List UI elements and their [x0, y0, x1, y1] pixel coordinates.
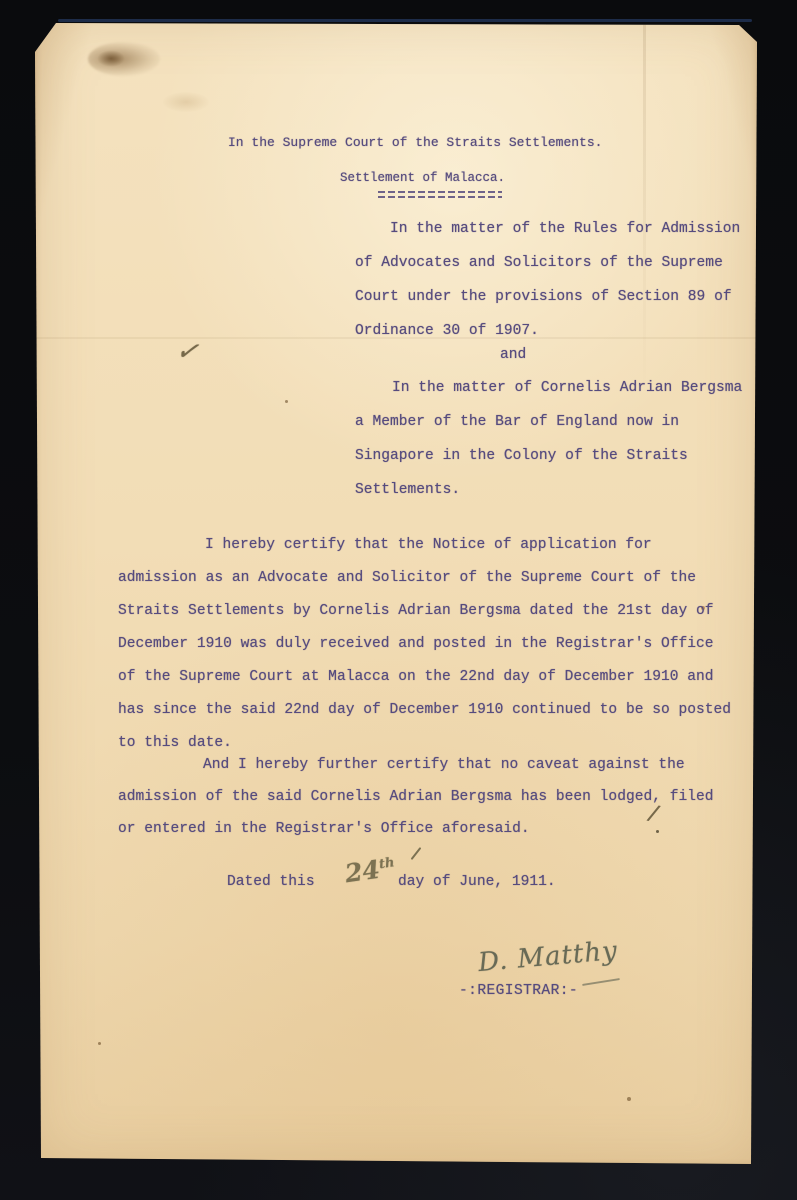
dated-suffix: day of June, 1911. [398, 875, 556, 890]
pen-tick-mark [411, 847, 422, 860]
matter1-line: Ordinance 30 of 1907. [355, 324, 539, 339]
matter2-line: Singapore in the Colony of the Straits [355, 449, 688, 464]
certify1-line: I hereby certify that the Notice of appl… [205, 538, 652, 553]
pen-dot-mark [656, 830, 659, 833]
certify1-line: December 1910 was duly received and post… [118, 637, 714, 652]
ink-stain-core [97, 50, 125, 67]
scanned-document-background: In the Supreme Court of the Straits Sett… [0, 0, 797, 1200]
faint-stain [163, 92, 209, 112]
matter1-line: In the matter of the Rules for Admission [390, 222, 740, 237]
handwritten-day: 24th [343, 853, 397, 889]
matter1-line: of Advocates and Solicitors of the Supre… [355, 256, 723, 271]
paper-top-edge-shadow [58, 19, 752, 22]
day-number: 24 [343, 855, 381, 889]
certify1-line: of the Supreme Court at Malacca on the 2… [118, 670, 714, 685]
matter2-line: In the matter of Cornelis Adrian Bergsma [392, 381, 742, 396]
certify2-line: admission of the said Cornelis Adrian Be… [118, 790, 714, 805]
matter2-line: Settlements. [355, 483, 460, 498]
settlement-heading: Settlement of Malacca. [340, 172, 505, 185]
day-ordinal: th [378, 855, 395, 872]
matter2-line: a Member of the Bar of England now in [355, 415, 679, 430]
conjunction-and: and [500, 348, 526, 363]
document-page: In the Supreme Court of the Straits Sett… [35, 14, 757, 1166]
certify1-line: Straits Settlements by Cornelis Adrian B… [118, 604, 714, 619]
certify1-line: admission as an Advocate and Solicitor o… [118, 571, 696, 586]
certify2-line: or entered in the Registrar's Office afo… [118, 822, 530, 837]
paper-speck [285, 400, 288, 403]
settlement-underline [378, 191, 502, 199]
registrar-signature: D. Matthy [477, 936, 619, 978]
signature-flourish [582, 978, 620, 986]
paper-speck [98, 1042, 101, 1045]
registrar-title: -:REGISTRAR:- [459, 984, 578, 999]
certify1-line: has since the said 22nd day of December … [118, 703, 731, 718]
matter1-line: Court under the provisions of Section 89… [355, 290, 732, 305]
certify2-line: And I hereby further certify that no cav… [203, 758, 685, 773]
paper-speck [627, 1097, 631, 1101]
court-heading: In the Supreme Court of the Straits Sett… [228, 136, 602, 149]
pen-check-mark: ✓ [174, 335, 201, 369]
dated-prefix: Dated this [227, 875, 315, 890]
certify1-line: to this date. [118, 736, 232, 751]
